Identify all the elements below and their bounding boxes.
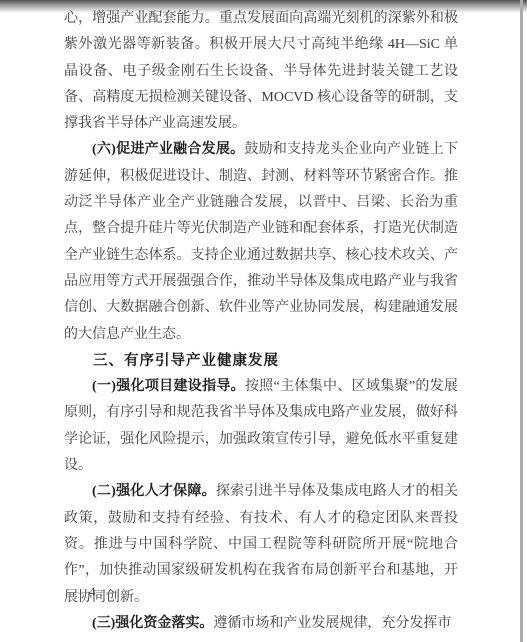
paragraph-lead: (一)强化项目建设指导。 <box>92 379 245 394</box>
paragraph-text: 心，增强产业配套能力。重点发展面向高端光刻机的深紫外和极紫外激光器等新装备。积极… <box>64 11 458 131</box>
page-footer: —4— <box>66 584 120 600</box>
page-number: 4 <box>80 584 106 599</box>
paragraph-lead: (三)强化资金落实。 <box>92 616 213 631</box>
paragraph-text: 鼓励和支持龙头企业向产业链上下游延伸，积极促进设计、制造、封测、材料等环节紧密合… <box>64 142 458 341</box>
footer-right-dash: — <box>106 584 120 599</box>
page-edge-line <box>520 0 523 642</box>
document-body: 心，增强产业配套能力。重点发展面向高端光刻机的深紫外和极紫外激光器等新装备。积极… <box>64 6 458 637</box>
body-paragraph: (一)强化项目建设指导。按照“主体集中、区域集聚”的发展原则，有序引导和规范我省… <box>64 374 458 479</box>
paragraph-continuation: 心，增强产业配套能力。重点发展面向高端光刻机的深紫外和极紫外激光器等新装备。积极… <box>64 6 458 137</box>
body-paragraph: (六)促进产业融合发展。鼓励和支持龙头企业向产业链上下游延伸，积极促进设计、制造… <box>64 137 458 347</box>
paragraph-lead: (六)促进产业融合发展。 <box>92 142 244 157</box>
body-paragraph: (三)强化资金落实。遵循市场和产业发展规律，充分发挥市 <box>64 611 458 637</box>
footer-left-dash: — <box>66 584 80 599</box>
paragraph-text: 遵循市场和产业发展规律，充分发挥市 <box>213 616 451 631</box>
paragraph-text: 探索引进半导体及集成电路人才的相关政策，鼓励和支持有经验、有技术、有人才的稳定团… <box>64 484 458 604</box>
body-paragraph: (二)强化人才保障。探索引进半导体及集成电路人才的相关政策，鼓励和支持有经验、有… <box>64 479 458 610</box>
section-heading: 三、有序引导产业健康发展 <box>64 348 458 374</box>
paragraph-lead: (二)强化人才保障。 <box>92 484 216 499</box>
document-page: 心，增强产业配套能力。重点发展面向高端光刻机的深紫外和极紫外激光器等新装备。积极… <box>0 0 527 642</box>
